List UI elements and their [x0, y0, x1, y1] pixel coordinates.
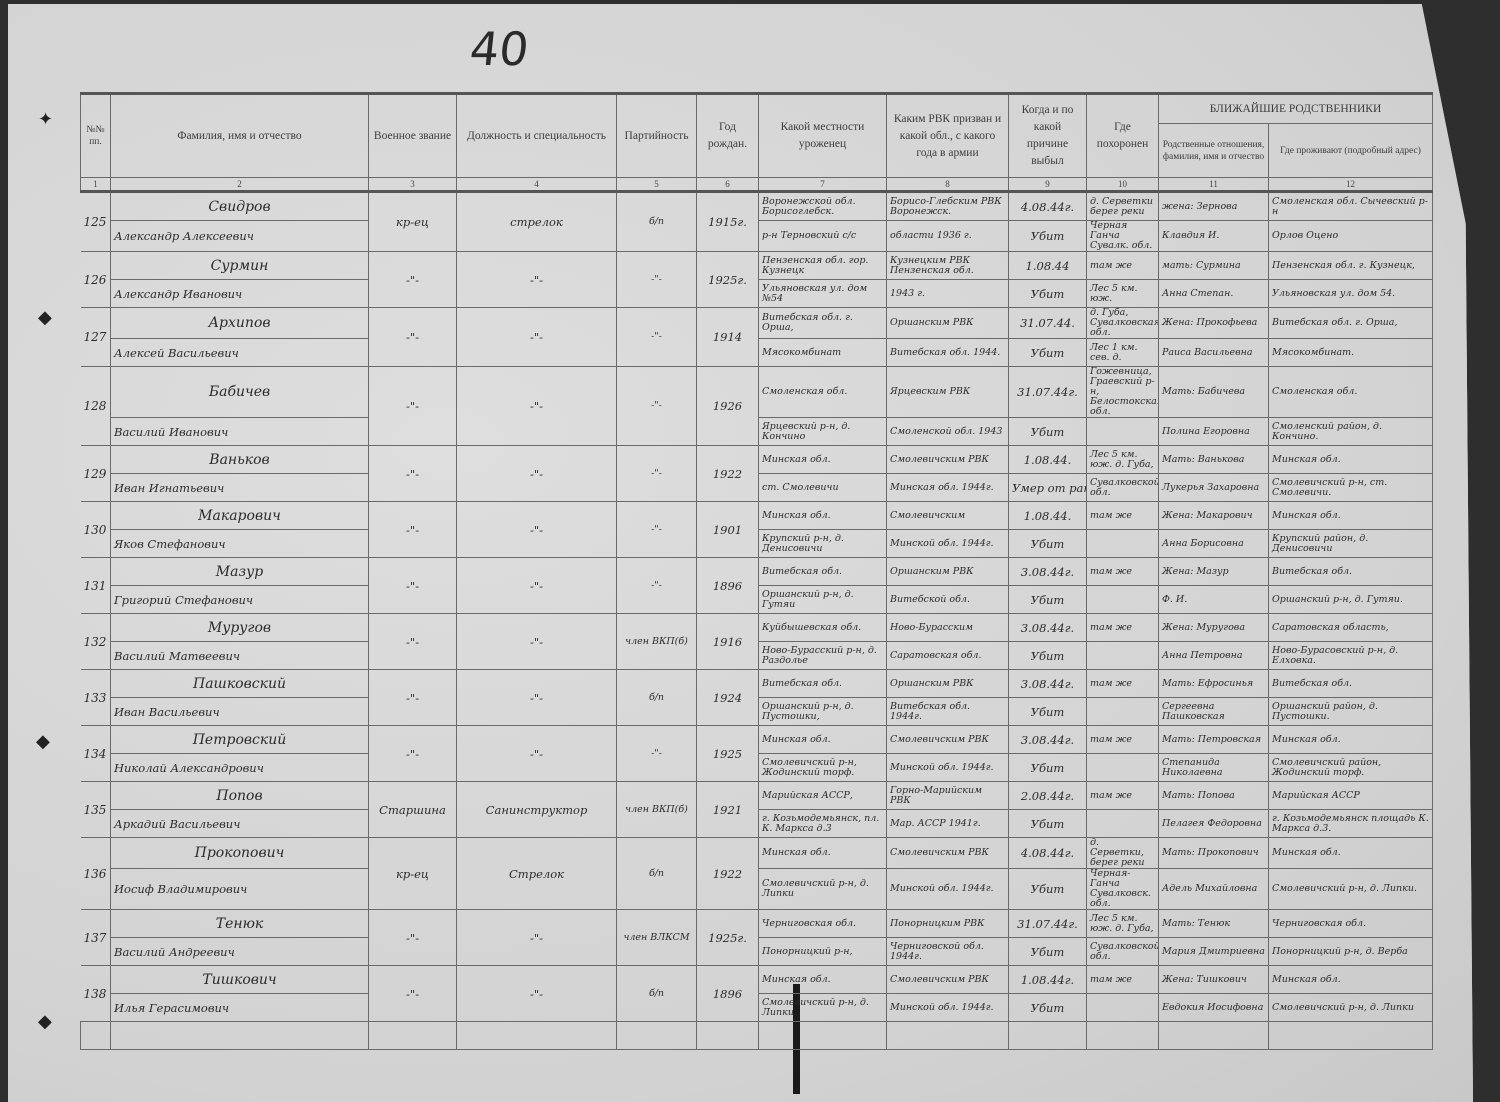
burial-line2 — [1087, 530, 1159, 558]
given-name-patronymic: Иван Игнатьевич — [111, 474, 369, 502]
address-line1: Витебская обл. г. Орша, — [1269, 308, 1433, 339]
col-header-burial: Где похоронен — [1087, 94, 1159, 178]
burial-line1: д. Губа, Сувалковская обл. — [1087, 308, 1159, 339]
military-rank: -"- — [369, 308, 457, 367]
table-row: 136Прокоповичкр-ецСтрелокб/п1922Минская … — [81, 838, 1433, 869]
birthplace-line1: Марийская АССР, — [759, 782, 887, 810]
given-name-patronymic: Аркадий Васильевич — [111, 810, 369, 838]
position: стрелок — [457, 192, 617, 252]
given-name-patronymic: Александр Алексеевич — [111, 221, 369, 252]
birthplace-line1: Минская обл. — [759, 726, 887, 754]
col-number: 1 — [81, 178, 111, 192]
cause-out: Убит — [1009, 994, 1087, 1022]
birthplace-line2: Крупский р-н, д. Денисовичи — [759, 530, 887, 558]
party: б/п — [617, 966, 697, 1022]
party: б/п — [617, 838, 697, 910]
empty-cell — [759, 1022, 887, 1050]
cause-out: Убит — [1009, 642, 1087, 670]
address-line2: Смолевичский р-н, д. Липки — [1269, 994, 1433, 1022]
cause-out: Убит — [1009, 530, 1087, 558]
burial-line2: Сувалковской обл. — [1087, 938, 1159, 966]
given-name-patronymic: Иван Васильевич — [111, 698, 369, 726]
address-line1: Смоленская обл. Сычевский р-н — [1269, 192, 1433, 221]
relative-line2: Евдокия Иосифовна — [1159, 994, 1269, 1022]
empty-cell — [697, 1022, 759, 1050]
relative-line1: Мать: Петровская — [1159, 726, 1269, 754]
birth-year: 1925 — [697, 726, 759, 782]
birthplace-line1: Минская обл. — [759, 502, 887, 530]
address-line2: Орлов Оцено — [1269, 221, 1433, 252]
draft-office-line2: Минской обл. 1944г. — [887, 994, 1009, 1022]
draft-office-line1: Кузнецким РВК Пензенская обл. — [887, 252, 1009, 280]
position: -"- — [457, 446, 617, 502]
position: -"- — [457, 910, 617, 966]
birth-year: 1925г. — [697, 910, 759, 966]
cause-out: Убит — [1009, 869, 1087, 910]
relative-line2: Клавдия И. — [1159, 221, 1269, 252]
given-name-patronymic: Илья Герасимович — [111, 994, 369, 1022]
address-line1: Минская обл. — [1269, 838, 1433, 869]
col-header-address: Где проживают (подробный адрес) — [1269, 124, 1433, 178]
relative-line1: Жена: Муругова — [1159, 614, 1269, 642]
table-row: 132Муругов-"--"-член ВКП(б)1916Куйбышевс… — [81, 614, 1433, 642]
empty-row — [81, 1022, 1433, 1050]
burial-line2: Лес 1 км. сев. д. — [1087, 339, 1159, 367]
cause-out: Убит — [1009, 754, 1087, 782]
row-number: 136 — [81, 838, 111, 910]
birthplace-line1: Черниговская обл. — [759, 910, 887, 938]
burial-line1: д. Серветки берег реки — [1087, 192, 1159, 221]
surname: Мазур — [111, 558, 369, 586]
address-line1: Минская обл. — [1269, 502, 1433, 530]
table-row: 126Сурмин-"--"--"-1925г.Пензенская обл. … — [81, 252, 1433, 280]
draft-office-line2: Витебской обл. — [887, 586, 1009, 614]
cause-out: Умер от ран — [1009, 474, 1087, 502]
given-name-patronymic: Александр Иванович — [111, 280, 369, 308]
birth-year: 1925г. — [697, 252, 759, 308]
draft-office-line1: Оршанским РВК — [887, 670, 1009, 698]
burial-line1: там же — [1087, 252, 1159, 280]
col-number: 7 — [759, 178, 887, 192]
row-number: 132 — [81, 614, 111, 670]
relative-line1: Жена: Прокофьева — [1159, 308, 1269, 339]
burial-line2 — [1087, 418, 1159, 446]
draft-office-line1: Ново-Бурасским — [887, 614, 1009, 642]
surname: Архипов — [111, 308, 369, 339]
cause-out: Убит — [1009, 586, 1087, 614]
military-rank: -"- — [369, 910, 457, 966]
party: -"- — [617, 446, 697, 502]
surname: Свидров — [111, 192, 369, 221]
table-row: 138Тишкович-"--"-б/п1896Минская обл.Смол… — [81, 966, 1433, 994]
surname: Попов — [111, 782, 369, 810]
date-out: 31.07.44г. — [1009, 367, 1087, 418]
birthplace-line2: Смолевичский р-н, д. Липки. — [759, 994, 887, 1022]
burial-line1: там же — [1087, 502, 1159, 530]
burial-line1: там же — [1087, 558, 1159, 586]
draft-office-line1: Смолевичским РВК — [887, 838, 1009, 869]
burial-line1: Лес 5 км. юж. д. Губа, — [1087, 910, 1159, 938]
surname: Ваньков — [111, 446, 369, 474]
burial-line2 — [1087, 810, 1159, 838]
given-name-patronymic: Григорий Стефанович — [111, 586, 369, 614]
military-rank: -"- — [369, 966, 457, 1022]
draft-office-line1: Смолевичским — [887, 502, 1009, 530]
birth-year: 1916 — [697, 614, 759, 670]
relative-line1: жена: Зернова — [1159, 192, 1269, 221]
date-out: 1.08.44 — [1009, 252, 1087, 280]
row-number: 137 — [81, 910, 111, 966]
draft-office-line2: Минской обл. 1944г. — [887, 530, 1009, 558]
address-line2: Смолевичский р-н, д. Липки. — [1269, 869, 1433, 910]
military-rank: -"- — [369, 446, 457, 502]
date-out: 1.08.44г. — [1009, 966, 1087, 994]
draft-office-line1: Борисо-Глебским РВК Воронежск. — [887, 192, 1009, 221]
surname: Петровский — [111, 726, 369, 754]
column-number-row: 1 2 3 4 5 6 7 8 9 10 11 12 — [81, 178, 1433, 192]
position: -"- — [457, 670, 617, 726]
date-out: 4.08.44г. — [1009, 838, 1087, 869]
draft-office-line2: Минская обл. 1944г. — [887, 474, 1009, 502]
birthplace-line2: Смолевичский р-н, Жодинский торф. — [759, 754, 887, 782]
birthplace-line1: Витебская обл. г. Орша, — [759, 308, 887, 339]
punch-hole-mark: ◆ — [36, 734, 50, 748]
cause-out: Убит — [1009, 339, 1087, 367]
position: -"- — [457, 502, 617, 558]
draft-office-line2: Минской обл. 1944г. — [887, 754, 1009, 782]
row-number: 126 — [81, 252, 111, 308]
casualty-table: №№ пп. Фамилия, имя и отчество Военное з… — [80, 92, 1432, 1050]
cause-out: Убит — [1009, 698, 1087, 726]
cause-out: Убит — [1009, 810, 1087, 838]
party: -"- — [617, 726, 697, 782]
military-rank: -"- — [369, 726, 457, 782]
relative-line2: Ф. И. — [1159, 586, 1269, 614]
date-out: 3.08.44г. — [1009, 726, 1087, 754]
birth-year: 1922 — [697, 446, 759, 502]
col-header-rank: Военное звание — [369, 94, 457, 178]
col-number: 8 — [887, 178, 1009, 192]
address-line2: Смоленский район, д. Кончино. — [1269, 418, 1433, 446]
address-line1: Пензенская обл. г. Кузнецк, — [1269, 252, 1433, 280]
birth-year: 1901 — [697, 502, 759, 558]
birth-year: 1914 — [697, 308, 759, 367]
birth-year: 1926 — [697, 367, 759, 446]
draft-office-line1: Ярцевским РВК — [887, 367, 1009, 418]
cause-out: Убит — [1009, 418, 1087, 446]
address-line2: Мясокомбинат. — [1269, 339, 1433, 367]
row-number: 135 — [81, 782, 111, 838]
table-row: 125Свидровкр-ецстрелокб/п1915г.Воронежск… — [81, 192, 1433, 221]
position: Стрелок — [457, 838, 617, 910]
col-header-position: Должность и специальность — [457, 94, 617, 178]
col-header-birthplace: Какой местности уроженец — [759, 94, 887, 178]
given-name-patronymic: Яков Стефанович — [111, 530, 369, 558]
col-number: 6 — [697, 178, 759, 192]
address-line1: Смоленская обл. — [1269, 367, 1433, 418]
address-line1: Минская обл. — [1269, 446, 1433, 474]
draft-office-line2: Витебская обл. 1944г. — [887, 698, 1009, 726]
birthplace-line1: Витебская обл. — [759, 670, 887, 698]
surname: Муругов — [111, 614, 369, 642]
relative-line2: Лукерья Захаровна — [1159, 474, 1269, 502]
punch-hole-mark: ✦ — [38, 112, 52, 126]
party: -"- — [617, 308, 697, 367]
col-number: 4 — [457, 178, 617, 192]
empty-cell — [111, 1022, 369, 1050]
birth-year: 1915г. — [697, 192, 759, 252]
party: -"- — [617, 367, 697, 446]
party: член ВКП(б) — [617, 782, 697, 838]
date-out: 2.08.44г. — [1009, 782, 1087, 810]
birthplace-line1: Минская обл. — [759, 838, 887, 869]
military-rank: кр-ец — [369, 192, 457, 252]
row-number: 129 — [81, 446, 111, 502]
empty-cell — [1087, 1022, 1159, 1050]
draft-office-line2: Саратовская обл. — [887, 642, 1009, 670]
address-line1: Саратовская область, — [1269, 614, 1433, 642]
birthplace-line2: Оршанский р-н, д. Гутяи — [759, 586, 887, 614]
birth-year: 1921 — [697, 782, 759, 838]
birthplace-line2: Смолевичский р-н, д. Липки — [759, 869, 887, 910]
punch-hole-mark: ◆ — [38, 1014, 52, 1028]
relative-line1: Мать: Ефросинья — [1159, 670, 1269, 698]
draft-office-line2: Минской обл. 1944г. — [887, 869, 1009, 910]
address-line2: Ульяновская ул. дом 54. — [1269, 280, 1433, 308]
date-out: 3.08.44г. — [1009, 614, 1087, 642]
draft-office-line1: Оршанским РВК — [887, 558, 1009, 586]
relative-line2: Мария Дмитриевна — [1159, 938, 1269, 966]
military-rank: -"- — [369, 614, 457, 670]
relative-line1: Жена: Макарович — [1159, 502, 1269, 530]
burial-line2: Сувалковской обл. — [1087, 474, 1159, 502]
relative-line2: Раиса Васильевна — [1159, 339, 1269, 367]
address-line2: г. Козьмодемьянск площадь К. Маркса д.3. — [1269, 810, 1433, 838]
table-row: 131Мазур-"--"--"-1896Витебская обл.Оршан… — [81, 558, 1433, 586]
empty-cell — [887, 1022, 1009, 1050]
birthplace-line2: ст. Смолевичи — [759, 474, 887, 502]
birth-year: 1896 — [697, 558, 759, 614]
date-out: 3.08.44г. — [1009, 558, 1087, 586]
draft-office-line2: 1943 г. — [887, 280, 1009, 308]
empty-cell — [1269, 1022, 1433, 1050]
burial-line1: Лес 5 км. юж. д. Губа, — [1087, 446, 1159, 474]
cause-out: Убит — [1009, 938, 1087, 966]
birth-year: 1924 — [697, 670, 759, 726]
col-header-draft-office: Каким РВК призван и какой обл., с какого… — [887, 94, 1009, 178]
empty-cell — [1009, 1022, 1087, 1050]
military-rank: -"- — [369, 558, 457, 614]
col-header-relatives-group: БЛИЖАЙШИЕ РОДСТВЕННИКИ — [1159, 94, 1433, 124]
given-name-patronymic: Николай Александрович — [111, 754, 369, 782]
row-number: 125 — [81, 192, 111, 252]
surname: Макарович — [111, 502, 369, 530]
birthplace-line1: Витебская обл. — [759, 558, 887, 586]
col-number: 2 — [111, 178, 369, 192]
burial-line2: Черная-Ганча Сувалковск. обл. — [1087, 869, 1159, 910]
birthplace-line2: Понорницкий р-н, — [759, 938, 887, 966]
relative-line1: Жена: Тишкович — [1159, 966, 1269, 994]
party: б/п — [617, 192, 697, 252]
draft-office-line2: Мар. АССР 1941г. — [887, 810, 1009, 838]
table-row: 130Макарович-"--"--"-1901Минская обл.Смо… — [81, 502, 1433, 530]
col-number: 3 — [369, 178, 457, 192]
burial-line2: Черная Ганча Сувалк. обл. — [1087, 221, 1159, 252]
draft-office-line2: Витебская обл. 1944. — [887, 339, 1009, 367]
military-rank: -"- — [369, 502, 457, 558]
position: -"- — [457, 966, 617, 1022]
address-line1: Витебская обл. — [1269, 558, 1433, 586]
draft-office-line2: Смоленской обл. 1943 — [887, 418, 1009, 446]
military-rank: Старшина — [369, 782, 457, 838]
relative-line2: Адель Михайловна — [1159, 869, 1269, 910]
date-out: 1.08.44. — [1009, 502, 1087, 530]
address-line2: Понорницкий р-н, д. Верба — [1269, 938, 1433, 966]
date-out: 1.08.44. — [1009, 446, 1087, 474]
birthplace-line2: Ново-Бурасский р-н, д. Раздолье — [759, 642, 887, 670]
party: член ВЛКСМ — [617, 910, 697, 966]
col-header-party: Партийность — [617, 94, 697, 178]
table-row: 128Бабичев-"--"--"-1926Смоленская обл.Яр… — [81, 367, 1433, 418]
col-number: 5 — [617, 178, 697, 192]
punch-hole-mark: ◆ — [38, 310, 52, 324]
burial-line1: там же — [1087, 670, 1159, 698]
party: -"- — [617, 252, 697, 308]
draft-office-line1: Смолевичским РВК — [887, 446, 1009, 474]
row-number: 130 — [81, 502, 111, 558]
relative-line2: Анна Степан. — [1159, 280, 1269, 308]
draft-office-line1: Горно-Марийским РВК — [887, 782, 1009, 810]
table-row: 137Тенюк-"--"-член ВЛКСМ1925г.Черниговск… — [81, 910, 1433, 938]
address-line1: Витебская обл. — [1269, 670, 1433, 698]
date-out: 3.08.44г. — [1009, 670, 1087, 698]
col-header-fullname: Фамилия, имя и отчество — [111, 94, 369, 178]
relative-line1: Мать: Бабичева — [1159, 367, 1269, 418]
surname: Бабичев — [111, 367, 369, 418]
empty-cell — [369, 1022, 457, 1050]
address-line2: Смолевичский район, Жодинский торф. — [1269, 754, 1433, 782]
military-rank: кр-ец — [369, 838, 457, 910]
empty-cell — [617, 1022, 697, 1050]
birthplace-line1: Смоленская обл. — [759, 367, 887, 418]
position: -"- — [457, 558, 617, 614]
birthplace-line2: Мясокомбинат — [759, 339, 887, 367]
draft-office-line1: Смолевичским РВК — [887, 966, 1009, 994]
date-out: 4.08.44г. — [1009, 192, 1087, 221]
burial-line1: там же — [1087, 782, 1159, 810]
draft-office-line2: области 1936 г. — [887, 221, 1009, 252]
birthplace-line2: р-н Терновский с/с — [759, 221, 887, 252]
row-number: 138 — [81, 966, 111, 1022]
table-row: 135ПоповСтаршинаСанинструкторчлен ВКП(б)… — [81, 782, 1433, 810]
empty-cell — [1159, 1022, 1269, 1050]
surname: Сурмин — [111, 252, 369, 280]
birthplace-line2: Оршанский р-н, д. Пустошки, — [759, 698, 887, 726]
relative-line1: Мать: Попова — [1159, 782, 1269, 810]
address-line2: Смолевичский р-н, ст. Смолевичи. — [1269, 474, 1433, 502]
header-row: №№ пп. Фамилия, имя и отчество Военное з… — [81, 94, 1433, 124]
birthplace-line2: Ярцевский р-н, д. Кончино — [759, 418, 887, 446]
address-line2: Крупский район, д. Денисовичи — [1269, 530, 1433, 558]
date-out: 31.07.44г. — [1009, 910, 1087, 938]
cause-out: Убит — [1009, 280, 1087, 308]
draft-office-line1: Смолевичским РВК — [887, 726, 1009, 754]
col-number: 12 — [1269, 178, 1433, 192]
row-number: 127 — [81, 308, 111, 367]
position: -"- — [457, 367, 617, 446]
col-header-number: №№ пп. — [81, 94, 111, 178]
col-number: 9 — [1009, 178, 1087, 192]
birth-year: 1922 — [697, 838, 759, 910]
address-line2: Оршанский р-н, д. Гутяи. — [1269, 586, 1433, 614]
address-line1: Черниговская обл. — [1269, 910, 1433, 938]
cause-out: Убит — [1009, 221, 1087, 252]
relative-line2: Степанида Николаевна — [1159, 754, 1269, 782]
surname: Тишкович — [111, 966, 369, 994]
given-name-patronymic: Алексей Васильевич — [111, 339, 369, 367]
burial-line2 — [1087, 586, 1159, 614]
burial-line1: д. Серветки, берег реки — [1087, 838, 1159, 869]
relative-line1: Жена: Мазур — [1159, 558, 1269, 586]
empty-cell — [457, 1022, 617, 1050]
col-header-birth-year: Год рождан. — [697, 94, 759, 178]
relative-line1: Мать: Тенюк — [1159, 910, 1269, 938]
address-line2: Оршанский район, д. Пустошки. — [1269, 698, 1433, 726]
position: -"- — [457, 726, 617, 782]
relative-line1: мать: Сурмина — [1159, 252, 1269, 280]
position: -"- — [457, 614, 617, 670]
birthplace-line1: Минская обл. — [759, 966, 887, 994]
military-rank: -"- — [369, 252, 457, 308]
surname: Тенюк — [111, 910, 369, 938]
birthplace-line1: Пензенская обл. гор. Кузнецк — [759, 252, 887, 280]
relative-line2: Анна Борисовна — [1159, 530, 1269, 558]
party: -"- — [617, 558, 697, 614]
draft-office-line1: Оршанским РВК — [887, 308, 1009, 339]
page-number: 40 — [467, 22, 531, 76]
row-number: 128 — [81, 367, 111, 446]
military-rank: -"- — [369, 367, 457, 446]
table-row: 133Пашковский-"--"-б/п1924Витебская обл.… — [81, 670, 1433, 698]
position: Санинструктор — [457, 782, 617, 838]
given-name-patronymic: Иосиф Владимирович — [111, 869, 369, 910]
row-number: 131 — [81, 558, 111, 614]
address-line2: Ново-Бурасовский р-н, д. Елховка. — [1269, 642, 1433, 670]
birthplace-line1: Минская обл. — [759, 446, 887, 474]
position: -"- — [457, 308, 617, 367]
birthplace-line2: г. Козьмодемьянск, пл. К. Маркса д.3 — [759, 810, 887, 838]
party: -"- — [617, 502, 697, 558]
surname: Прокопович — [111, 838, 369, 869]
burial-line2: Лес 5 км. юж. — [1087, 280, 1159, 308]
party: член ВКП(б) — [617, 614, 697, 670]
empty-cell — [81, 1022, 111, 1050]
address-line1: Марийская АССР — [1269, 782, 1433, 810]
birthplace-line1: Куйбышевская обл. — [759, 614, 887, 642]
given-name-patronymic: Василий Иванович — [111, 418, 369, 446]
burial-line1: там же — [1087, 726, 1159, 754]
relative-line2: Пелагея Федоровна — [1159, 810, 1269, 838]
table-row: 127Архипов-"--"--"-1914Витебская обл. г.… — [81, 308, 1433, 339]
row-number: 133 — [81, 670, 111, 726]
burial-line2 — [1087, 698, 1159, 726]
relative-line1: Мать: Ванькова — [1159, 446, 1269, 474]
relative-line1: Мать: Прокопович — [1159, 838, 1269, 869]
burial-line2 — [1087, 754, 1159, 782]
given-name-patronymic: Василий Андреевич — [111, 938, 369, 966]
birth-year: 1896 — [697, 966, 759, 1022]
table-row: 129Ваньков-"--"--"-1922Минская обл.Смоле… — [81, 446, 1433, 474]
